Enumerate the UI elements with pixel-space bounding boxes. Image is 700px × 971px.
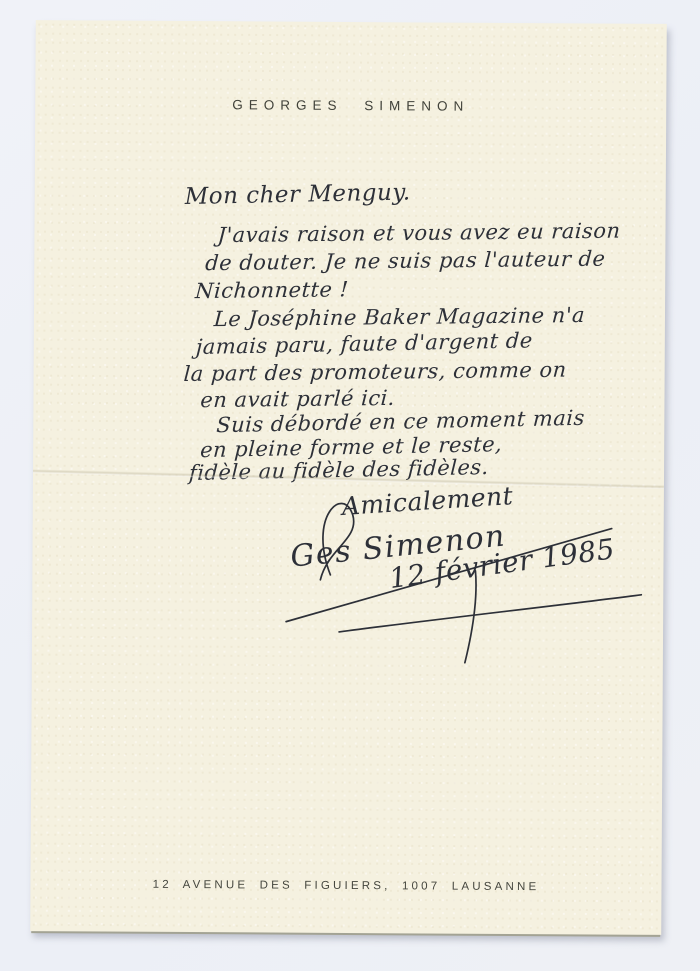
body-line-3: Nichonnette ! (194, 277, 349, 303)
body-line-5: jamais paru, faute d'argent de (195, 328, 533, 359)
letterhead-name: GEORGES SIMENON (35, 96, 666, 115)
letter-paper: GEORGES SIMENON Mon cher Menguy. J'avais… (30, 20, 667, 935)
body-line-2: de douter. Je ne suis pas l'auteur de (205, 247, 607, 276)
body-line-6: la part des promoteurs, comme on (183, 358, 567, 386)
body-line-1: J'avais raison et vous avez eu raison (217, 219, 621, 248)
letterhead-address: 12 AVENUE DES FIGUIERS, 1007 LAUSANNE (30, 878, 661, 894)
photo-background: GEORGES SIMENON Mon cher Menguy. J'avais… (0, 0, 700, 971)
body-line-4: Le Joséphine Baker Magazine n'a (213, 303, 586, 331)
salutation-line: Mon cher Menguy. (184, 179, 410, 210)
body-line-7: en avait parlé ici. (200, 386, 396, 412)
